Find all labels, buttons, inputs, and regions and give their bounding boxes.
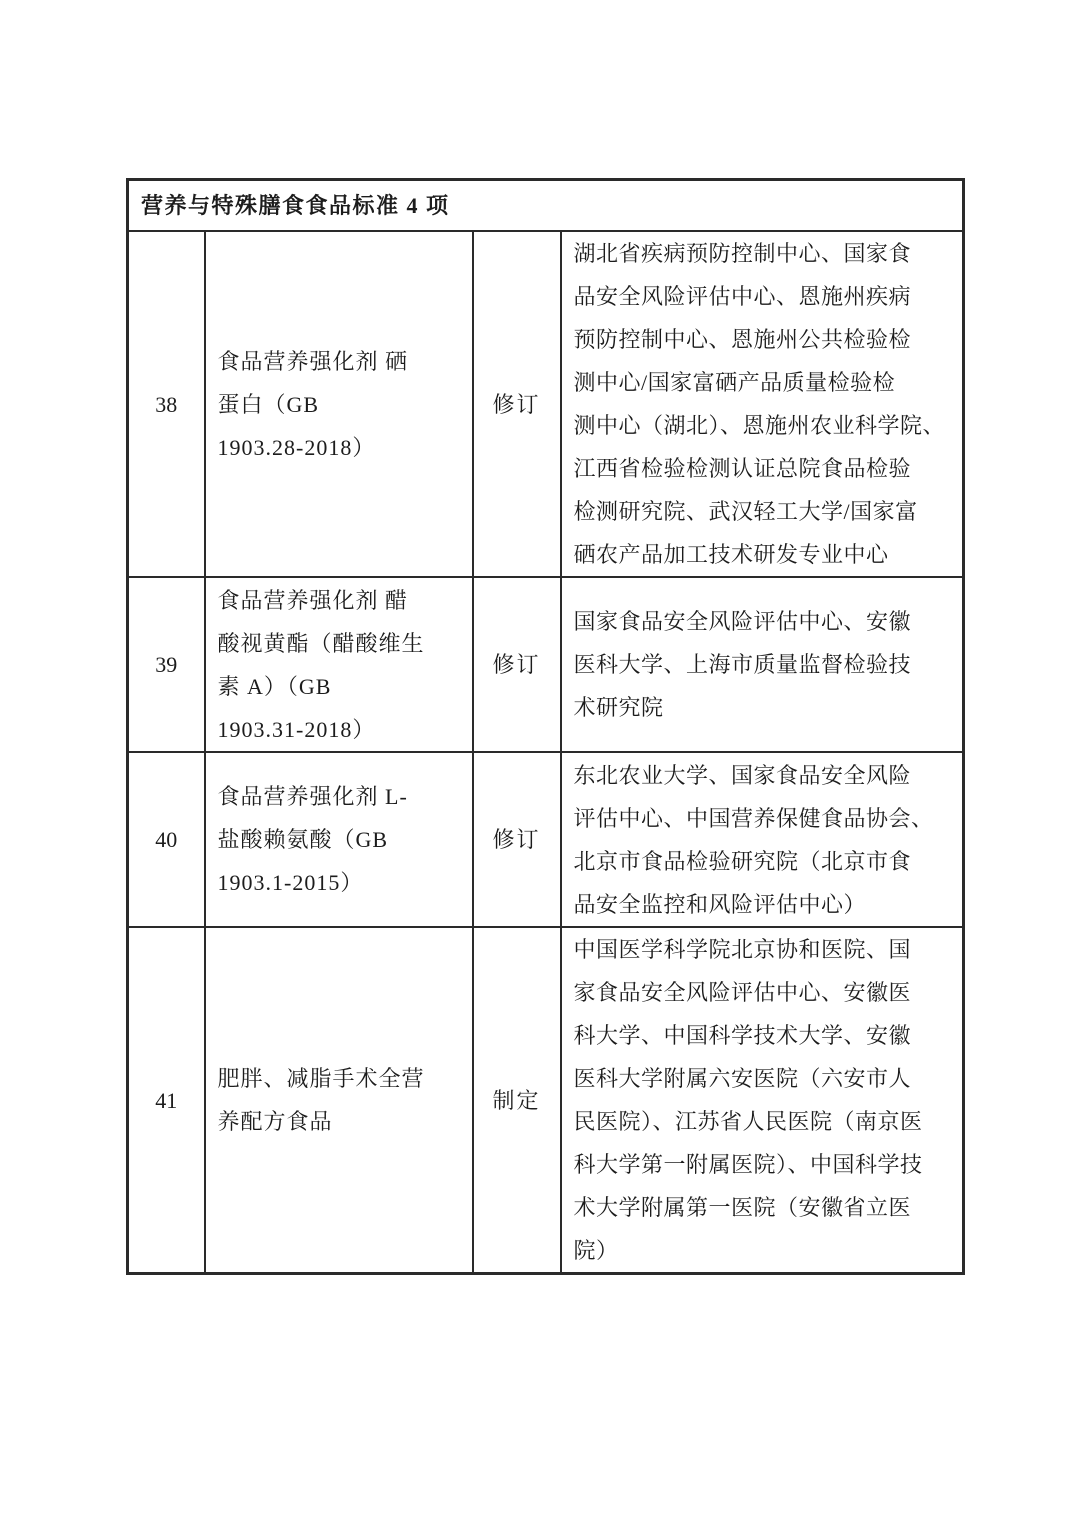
action-type-cell: 修订: [473, 577, 561, 752]
standard-name-cell: 食品营养强化剂 硒 蛋白（GB 1903.28-2018）: [205, 231, 473, 577]
standard-name-cell: 肥胖、减脂手术全营 养配方食品: [205, 927, 473, 1274]
standard-name-cell: 食品营养强化剂 醋 酸视黄酯（醋酸维生 素 A）（GB 1903.31-2018…: [205, 577, 473, 752]
organizations-cell: 东北农业大学、国家食品安全风险 评估中心、中国营养保健食品协会、 北京市食品检验…: [561, 752, 964, 927]
action-type-cell: 制定: [473, 927, 561, 1274]
standards-table: 营养与特殊膳食食品标准 4 项 38 食品营养强化剂 硒 蛋白（GB 1903.…: [126, 178, 965, 1275]
organizations-cell: 湖北省疾病预防控制中心、国家食 品安全风险评估中心、恩施州疾病 预防控制中心、恩…: [561, 231, 964, 577]
table-row-40: 40 食品营养强化剂 L- 盐酸赖氨酸（GB 1903.1-2015） 修订 东…: [128, 752, 964, 927]
row-number-cell: 41: [128, 927, 205, 1274]
table-row-38: 38 食品营养强化剂 硒 蛋白（GB 1903.28-2018） 修订 湖北省疾…: [128, 231, 964, 577]
section-header-row: 营养与特殊膳食食品标准 4 项: [128, 180, 964, 232]
table-row-39: 39 食品营养强化剂 醋 酸视黄酯（醋酸维生 素 A）（GB 1903.31-2…: [128, 577, 964, 752]
action-type-cell: 修订: [473, 231, 561, 577]
row-number-cell: 40: [128, 752, 205, 927]
document-page: 营养与特殊膳食食品标准 4 项 38 食品营养强化剂 硒 蛋白（GB 1903.…: [0, 0, 1080, 1527]
standard-name-cell: 食品营养强化剂 L- 盐酸赖氨酸（GB 1903.1-2015）: [205, 752, 473, 927]
row-number-cell: 38: [128, 231, 205, 577]
table-row-41: 41 肥胖、减脂手术全营 养配方食品 制定 中国医学科学院北京协和医院、国 家食…: [128, 927, 964, 1274]
organizations-cell: 中国医学科学院北京协和医院、国 家食品安全风险评估中心、安徽医 科大学、中国科学…: [561, 927, 964, 1274]
section-header: 营养与特殊膳食食品标准 4 项: [128, 180, 964, 232]
row-number-cell: 39: [128, 577, 205, 752]
action-type-cell: 修订: [473, 752, 561, 927]
organizations-cell: 国家食品安全风险评估中心、安徽 医科大学、上海市质量监督检验技 术研究院: [561, 577, 964, 752]
